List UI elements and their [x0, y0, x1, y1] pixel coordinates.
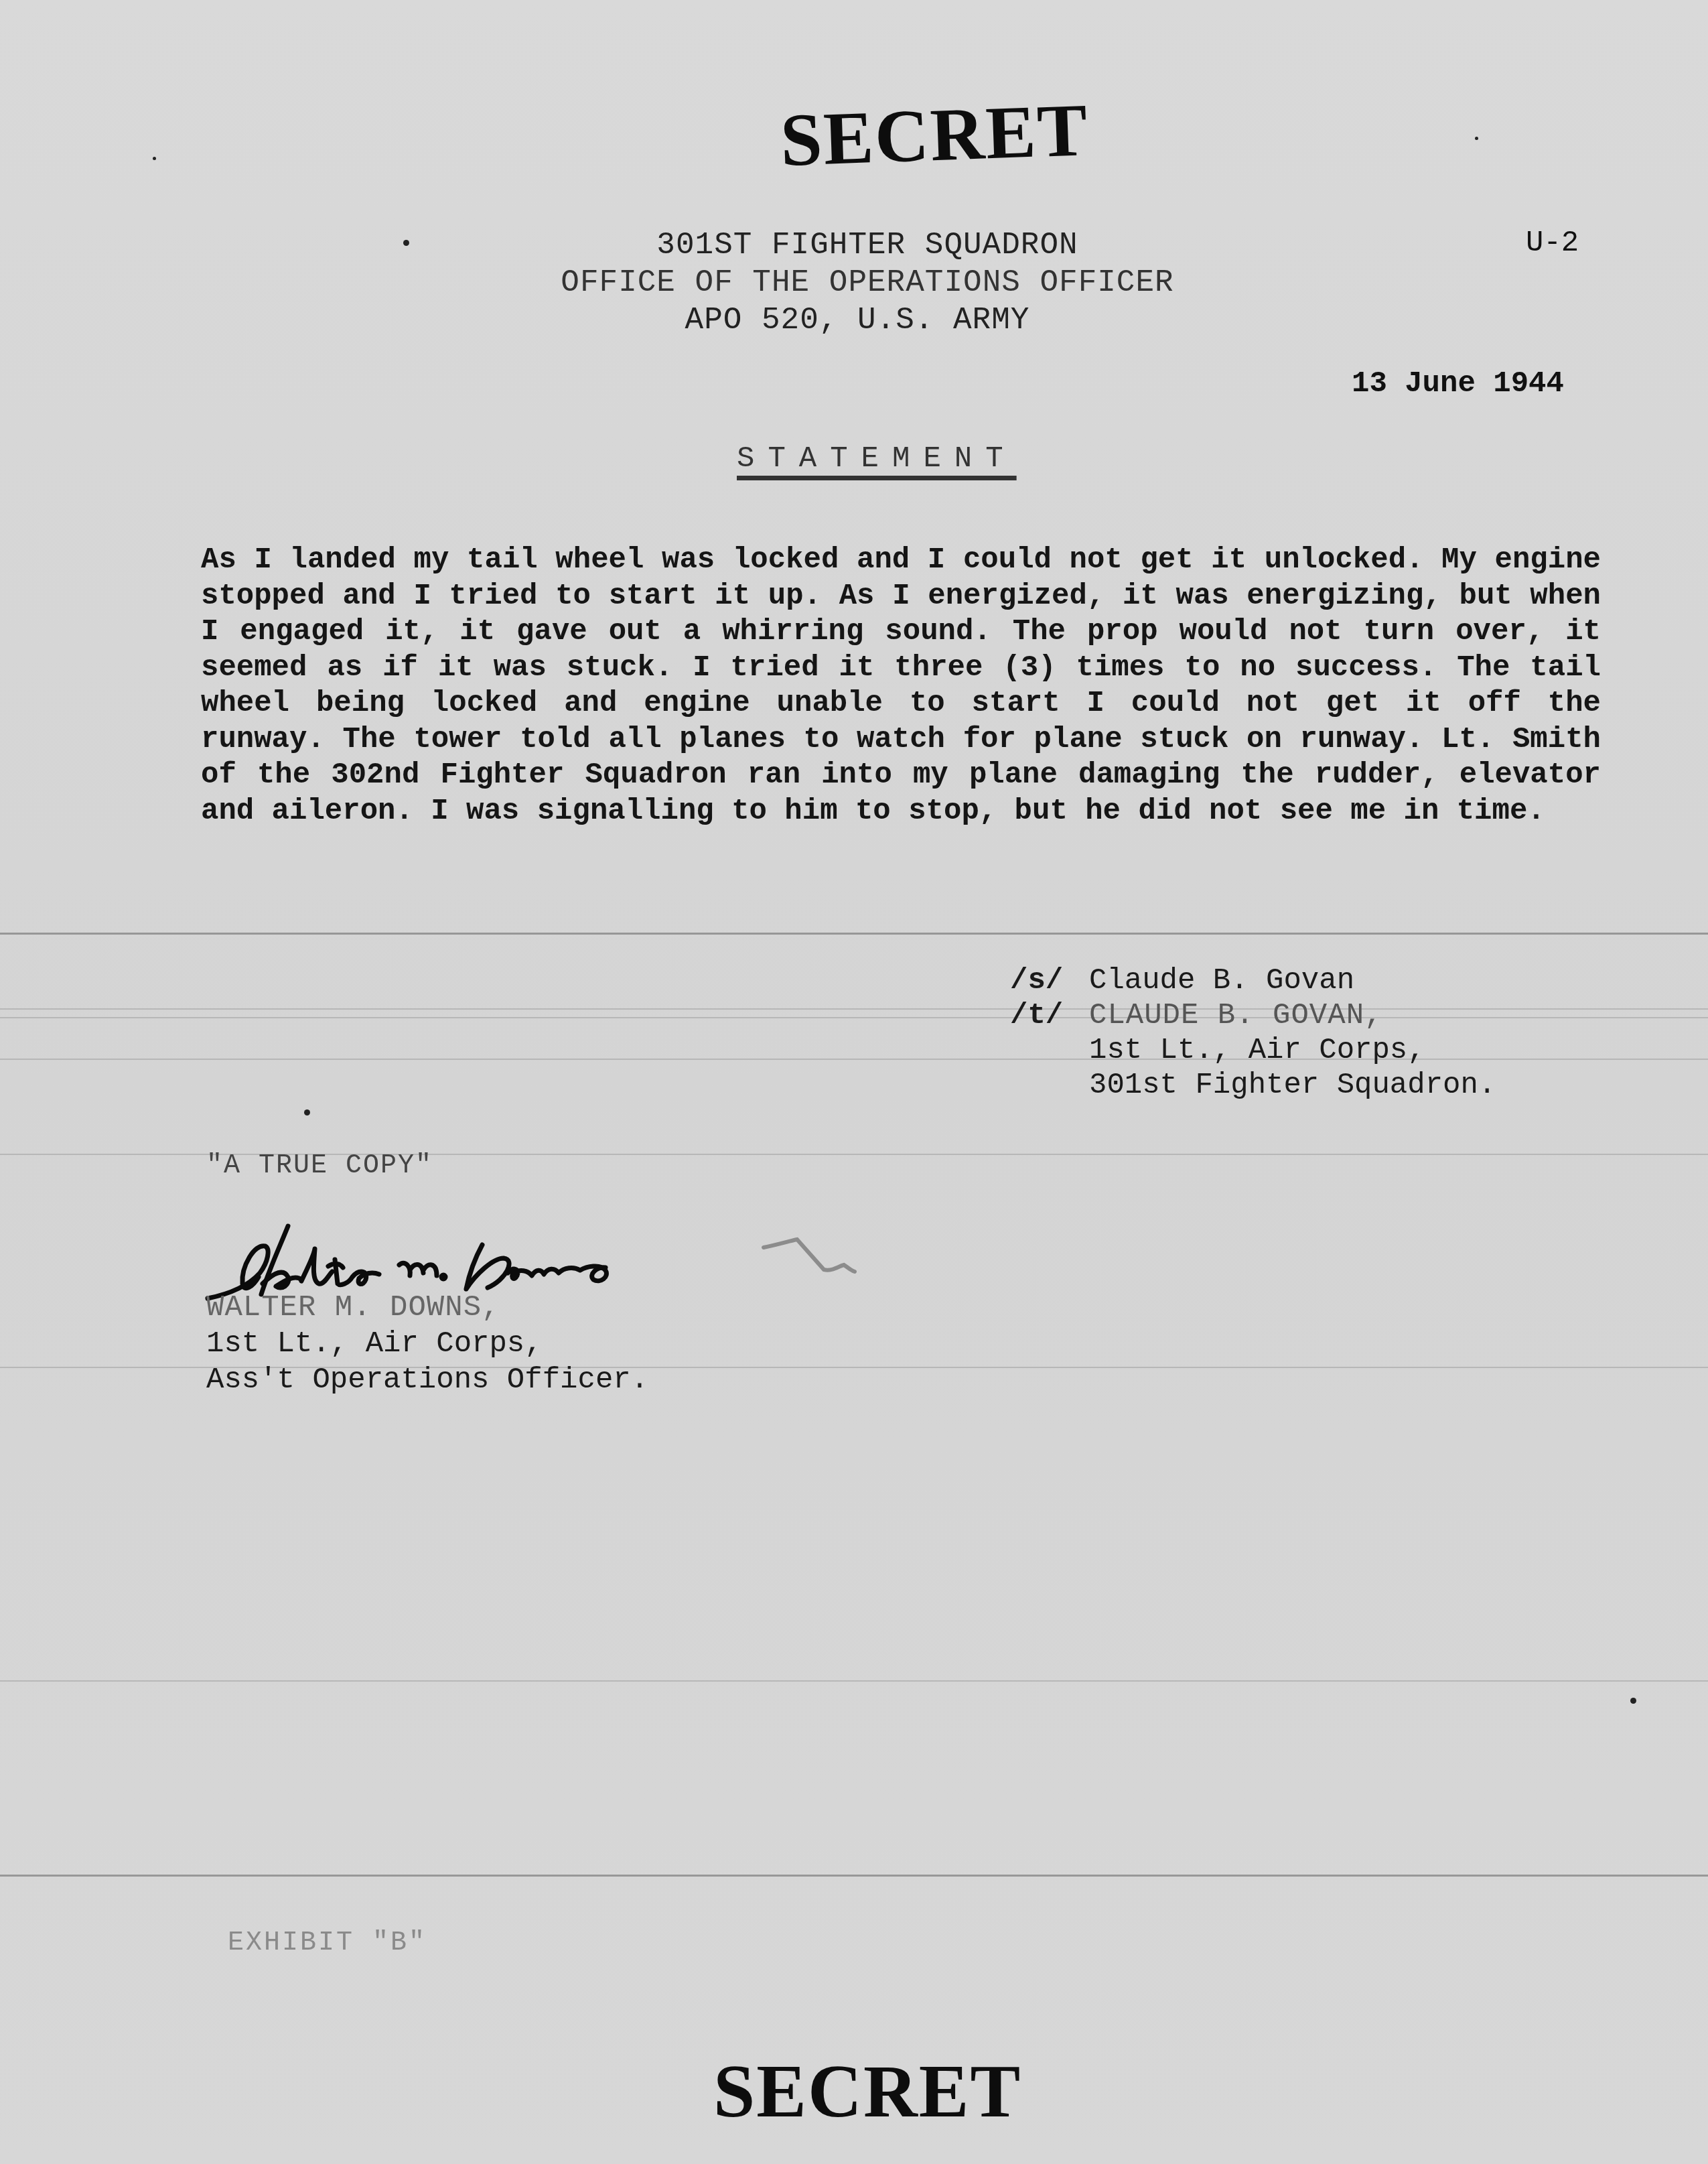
- ink-speck: [1630, 1698, 1636, 1704]
- exhibit-label: EXHIBIT "B": [228, 1928, 427, 1958]
- document-page: SECRET 301ST FIGHTER SQUADRON OFFICE OF …: [0, 0, 1708, 2164]
- letterhead: 301ST FIGHTER SQUADRON OFFICE OF THE OPE…: [0, 226, 1708, 339]
- certifier-title: Ass't Operations Officer.: [206, 1362, 648, 1398]
- scan-line: [0, 1875, 1708, 1877]
- certifier-typed-name: WALTER M. DOWNS,: [206, 1290, 648, 1326]
- ink-speck: [153, 157, 156, 160]
- letterhead-unit: 301ST FIGHTER SQUADRON: [0, 226, 1708, 264]
- signed-mark: /s/: [1010, 963, 1089, 998]
- ink-speck: [304, 1109, 310, 1115]
- signature-block: /s/ Claude B. Govan /t/ CLAUDE B. GOVAN,…: [1010, 963, 1496, 1103]
- certifier-rank: 1st Lt., Air Corps,: [206, 1326, 648, 1362]
- scan-line: [0, 933, 1708, 935]
- certifier-block: WALTER M. DOWNS, 1st Lt., Air Corps, Ass…: [206, 1290, 648, 1398]
- letterhead-address: APO 520, U.S. ARMY: [0, 301, 1708, 339]
- ink-speck: [1475, 137, 1478, 140]
- scan-line: [0, 1680, 1708, 1682]
- document-code: U-2: [1526, 226, 1579, 260]
- document-date: 13 June 1944: [1352, 367, 1564, 401]
- typed-name: CLAUDE B. GOVAN,: [1089, 998, 1382, 1033]
- document-title: STATEMENT: [737, 442, 1017, 476]
- typed-mark: /t/: [1010, 998, 1089, 1033]
- letterhead-office: OFFICE OF THE OPERATIONS OFFICER: [0, 264, 1708, 301]
- true-copy-label: "A TRUE COPY": [206, 1151, 433, 1181]
- pencil-mark-icon: [757, 1233, 864, 1286]
- signatory-rank: 1st Lt., Air Corps,: [1089, 1033, 1425, 1068]
- signatory-unit: 301st Fighter Squadron.: [1089, 1068, 1496, 1103]
- signed-name: Claude B. Govan: [1089, 963, 1354, 998]
- classification-stamp-top: SECRET: [779, 87, 1090, 184]
- statement-body: As I landed my tail wheel was locked and…: [201, 543, 1601, 829]
- classification-stamp-bottom: SECRET: [713, 2049, 1021, 2135]
